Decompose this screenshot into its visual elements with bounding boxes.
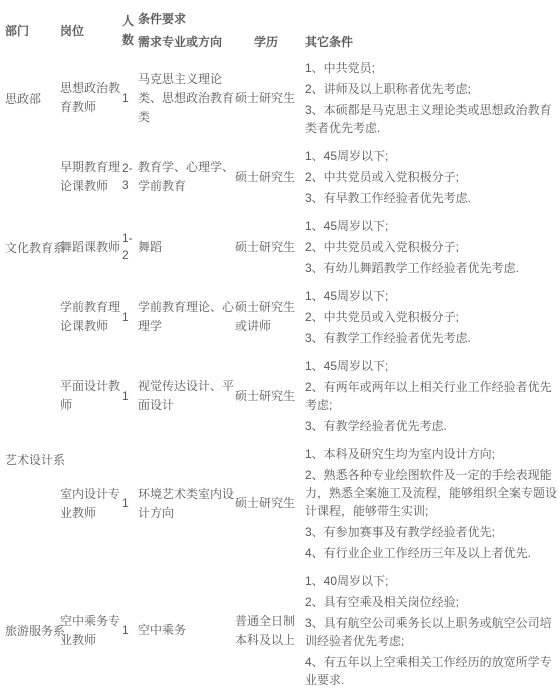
condition-item: 1、45周岁以下;: [305, 357, 558, 375]
table-row: 艺术设计系 平面设计教师 1 视觉传达设计、平面设计 硕士研究生 1、45周岁以…: [0, 352, 560, 440]
position-cell: 平面设计教师: [60, 352, 122, 440]
major-cell: 舞蹈: [138, 212, 235, 282]
condition-item: 2、具有空乘及相关岗位经验;: [305, 593, 558, 611]
major-cell: 教育学、心理学、学前教育: [138, 142, 235, 212]
condition-item: 1、本科及研究生均为室内设计方向;: [305, 445, 558, 463]
count-cell: 2-3: [122, 142, 138, 212]
position-cell: 空中乘务专业教师: [60, 567, 122, 694]
count-cell: 1: [122, 567, 138, 694]
count-cell: 1: [122, 440, 138, 567]
conditions-cell: 1、40周岁以下; 2、具有空乘及相关岗位经验; 3、具有航空公司乘务长以上职务…: [297, 567, 560, 694]
count-cell: 1-2: [122, 212, 138, 282]
recruitment-table: 部门 岗位 人数 条件要求 需求专业或方向 学历 其它条件 思政部 思想政治教育…: [0, 8, 560, 694]
position-cell: 室内设计专业教师: [60, 440, 122, 567]
header-major: 需求专业或方向: [138, 31, 235, 54]
conditions-cell: 1、45周岁以下; 2、中共党员或入党积极分子; 3、有早教工作经验者优先考虑.: [297, 142, 560, 212]
conditions-cell: 1、45周岁以下; 2、中共党员或入党积极分子; 3、有幼儿舞蹈教学工作经验者优…: [297, 212, 560, 282]
major-cell: 学前教育理论、心理学: [138, 282, 235, 352]
condition-item: 3、有参加赛事及有教学经验者优先;: [305, 523, 558, 541]
condition-item: 3、具有航空公司乘务长以上职务或航空公司培训经验者优先考虑;: [305, 614, 558, 650]
count-cell: 1: [122, 282, 138, 352]
condition-item: 1、45周岁以下;: [305, 217, 558, 235]
dept-cell: 艺术设计系: [0, 352, 60, 567]
recruitment-page: 部门 岗位 人数 条件要求 需求专业或方向 学历 其它条件 思政部 思想政治教育…: [0, 0, 560, 694]
position-cell: 早期教育理论课教师: [60, 142, 122, 212]
education-cell: 硕士研究生: [235, 440, 297, 567]
header-count: 人数: [122, 8, 138, 54]
condition-item: 1、45周岁以下;: [305, 147, 558, 165]
table-row: 思政部 思想政治教育教师 1 马克思主义理论类、思想政治教育类 硕士研究生 1、…: [0, 54, 560, 142]
table-row: 舞蹈课教师 1-2 舞蹈 硕士研究生 1、45周岁以下; 2、中共党员或入党积极…: [0, 212, 560, 282]
dept-cell: 思政部: [0, 54, 60, 142]
condition-item: 2、中共党员或入党积极分子;: [305, 308, 558, 326]
dept-cell: 旅游服务系: [0, 567, 60, 694]
table-row: 学前教育理论课教师 1 学前教育理论、心理学 硕士研究生或讲师 1、45周岁以下…: [0, 282, 560, 352]
condition-item: 1、中共党员;: [305, 59, 558, 77]
header-row-1: 部门 岗位 人数 条件要求: [0, 8, 560, 31]
position-cell: 思想政治教育教师: [60, 54, 122, 142]
condition-item: 2、讲师及以上职称者优先考虑;: [305, 80, 558, 98]
condition-item: 2、有两年或两年以上相关行业工作经验者优先考虑;: [305, 378, 558, 414]
condition-item: 3、有早教工作经验者优先考虑.: [305, 189, 558, 207]
condition-item: 4、有行业企业工作经历三年及以上者优先.: [305, 544, 558, 562]
major-cell: 马克思主义理论类、思想政治教育类: [138, 54, 235, 142]
condition-item: 1、40周岁以下;: [305, 572, 558, 590]
position-cell: 学前教育理论课教师: [60, 282, 122, 352]
table-row: 旅游服务系 空中乘务专业教师 1 空中乘务 普通全日制本科及以上 1、40周岁以…: [0, 567, 560, 694]
education-cell: 硕士研究生: [235, 352, 297, 440]
header-requirements: 条件要求: [138, 8, 560, 31]
header-dept: 部门: [0, 8, 60, 54]
education-cell: 硕士研究生: [235, 212, 297, 282]
header-education: 学历: [235, 31, 297, 54]
conditions-cell: 1、45周岁以下; 2、中共党员或入党积极分子; 3、有教学工作经验者优先考虑.: [297, 282, 560, 352]
count-cell: 1: [122, 352, 138, 440]
condition-item: 2、中共党员或入党积极分子;: [305, 168, 558, 186]
condition-item: 3、有教学经验者优先考虑.: [305, 417, 558, 435]
education-cell: 硕士研究生或讲师: [235, 282, 297, 352]
dept-cell: 文化教育系: [0, 142, 60, 352]
conditions-cell: 1、本科及研究生均为室内设计方向; 2、熟悉各种专业绘图软件及一定的手绘表现能力…: [297, 440, 560, 567]
major-cell: 空中乘务: [138, 567, 235, 694]
condition-item: 3、有幼儿舞蹈教学工作经验者优先考虑.: [305, 259, 558, 277]
table-row: 室内设计专业教师 1 环境艺术类室内设计方向 硕士研究生 1、本科及研究生均为室…: [0, 440, 560, 567]
education-cell: 普通全日制本科及以上: [235, 567, 297, 694]
position-cell: 舞蹈课教师: [60, 212, 122, 282]
table-row: 文化教育系 早期教育理论课教师 2-3 教育学、心理学、学前教育 硕士研究生 1…: [0, 142, 560, 212]
table-header: 部门 岗位 人数 条件要求 需求专业或方向 学历 其它条件: [0, 8, 560, 54]
major-cell: 视觉传达设计、平面设计: [138, 352, 235, 440]
count-cell: 1: [122, 54, 138, 142]
condition-item: 3、本硕都是马克思主义理论类或思想政治教育类者优先考虑.: [305, 101, 558, 137]
header-other: 其它条件: [297, 31, 560, 54]
condition-item: 2、中共党员或入党积极分子;: [305, 238, 558, 256]
header-position: 岗位: [60, 8, 122, 54]
major-cell: 环境艺术类室内设计方向: [138, 440, 235, 567]
condition-item: 4、有五年以上空乘相关工作经历的放宽所学专业要求.: [305, 653, 558, 689]
conditions-cell: 1、中共党员; 2、讲师及以上职称者优先考虑; 3、本硕都是马克思主义理论类或思…: [297, 54, 560, 142]
condition-item: 1、45周岁以下;: [305, 287, 558, 305]
conditions-cell: 1、45周岁以下; 2、有两年或两年以上相关行业工作经验者优先考虑; 3、有教学…: [297, 352, 560, 440]
education-cell: 硕士研究生: [235, 142, 297, 212]
condition-item: 2、熟悉各种专业绘图软件及一定的手绘表现能力，熟悉全案施工及流程，能够组织全案专…: [305, 466, 558, 520]
education-cell: 硕士研究生: [235, 54, 297, 142]
table-body: 思政部 思想政治教育教师 1 马克思主义理论类、思想政治教育类 硕士研究生 1、…: [0, 54, 560, 694]
condition-item: 3、有教学工作经验者优先考虑.: [305, 329, 558, 347]
